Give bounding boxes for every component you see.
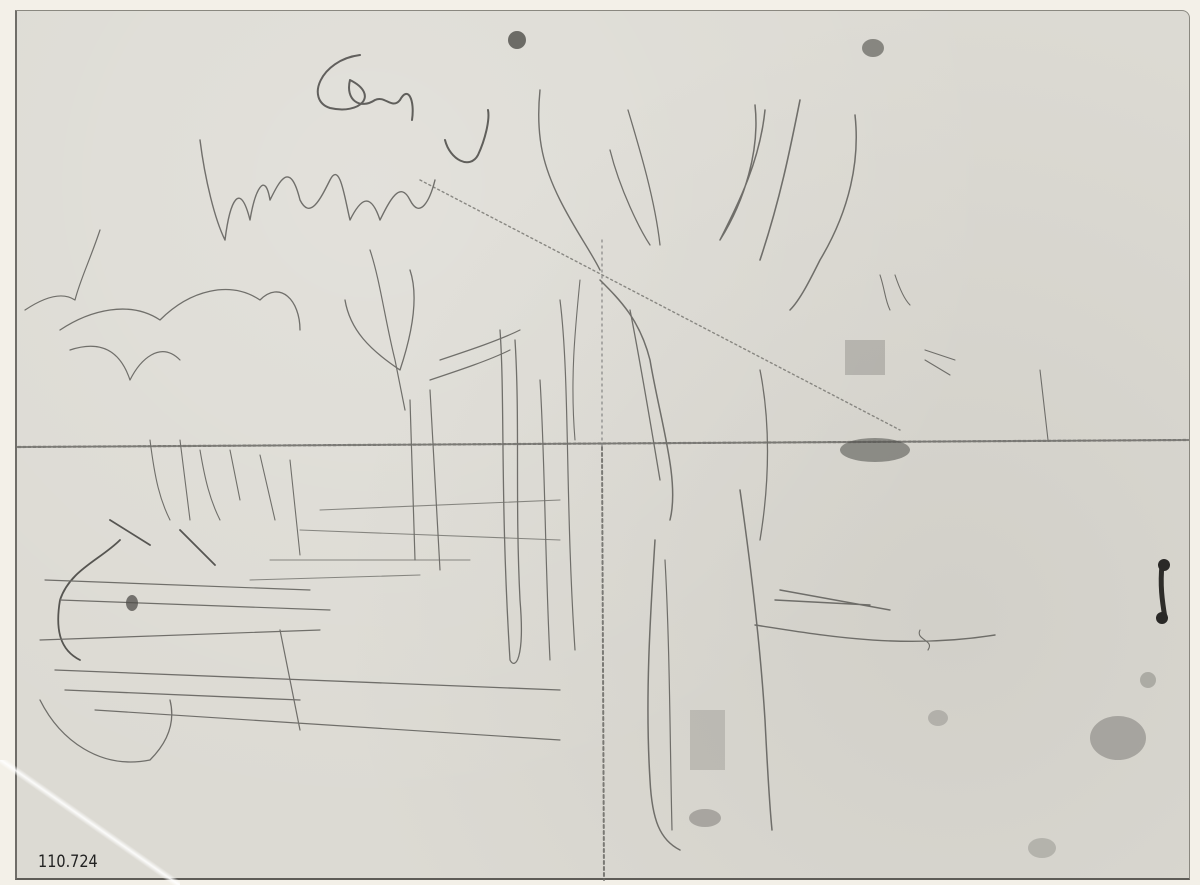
vertical-fold (602, 447, 604, 880)
horizontal-fold (18, 440, 1188, 447)
inventory-number: 110.724 (38, 852, 98, 872)
pencil-sketch (0, 0, 1200, 885)
clip-mark (1156, 559, 1170, 624)
